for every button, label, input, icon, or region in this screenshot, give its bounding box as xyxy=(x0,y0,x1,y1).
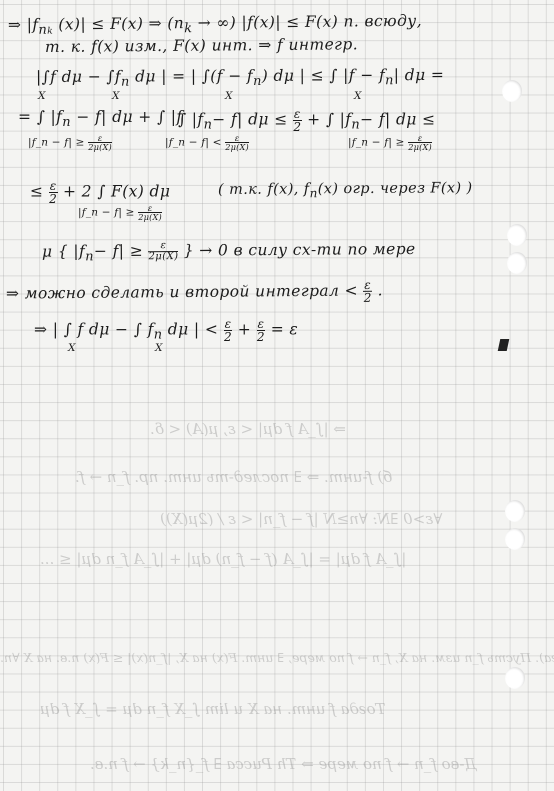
line-1-text-a: ⇒ |f xyxy=(8,16,39,34)
integral-domain-x: X xyxy=(354,90,362,102)
fraction-eps-over-2: ε2 xyxy=(49,180,58,205)
bleed-through-line: Д-во f_n → f по мере ⇒ Th Рисса ∃ f_{n_k… xyxy=(90,755,477,773)
line-8-plus: + xyxy=(238,321,251,339)
note-line-4-mid: = ∫ |f ∫ |fn− f| dμ ≤ ε2 + ∫ |fn− f| dμ … xyxy=(178,108,435,133)
line-7-period: . xyxy=(377,281,382,299)
subscript: n xyxy=(62,115,71,130)
notebook-page: ⇒ |∫_A f dμ| < ε, μ(A) < δ. б) f-инт. ⇒ … xyxy=(0,0,554,791)
note-line-6: μ { |fn− f| ≥ ε2μ(X) } → 0 в силу сх-ти … xyxy=(42,239,416,264)
subscript: n xyxy=(385,73,394,88)
punch-hole xyxy=(505,500,525,522)
integral-domain-x: X xyxy=(112,90,120,102)
line-8-text-b: dμ | < xyxy=(168,321,218,339)
denominator: 2 xyxy=(257,331,266,343)
fraction-eps-over-2: ε2 xyxy=(363,279,372,304)
subscript: n xyxy=(253,74,262,89)
denominator: 2 xyxy=(49,193,58,205)
line-4-text-a: = ∫ |f xyxy=(18,108,62,126)
line-8-text-a: ⇒ | ∫ f dμ − ∫ f xyxy=(34,321,154,339)
line-6-text-a: μ { |f xyxy=(42,242,85,260)
line-3-text-a: |∫f dμ − ∫f xyxy=(36,68,121,86)
line-4-text-b: − f| dμ + ∫ |f xyxy=(76,108,182,126)
fraction: ε2μ(X) xyxy=(225,134,249,151)
fraction: ε2μ(X) xyxy=(88,134,112,151)
bleed-through-line: б) f-инт. ⇒ ∃ послед-ть инт. пр. f_n → f… xyxy=(75,468,392,486)
line-4-text-c: − f| dμ ≤ xyxy=(212,111,287,129)
bleed-through-line: ∀ε>0 ∃N: ∀n≥N |f − f_n| < ε / (2μ(X)) xyxy=(160,510,442,528)
denominator: 2μ(X) xyxy=(408,143,432,151)
note-line-5: ≤ ε2 + 2 ∫ F(x) dμ xyxy=(30,180,170,205)
line-5-text-b: + 2 ∫ F(x) dμ xyxy=(63,183,170,201)
bleed-through-line: Тогда f инт. на X и lim ∫_X f_n dμ = ∫_X… xyxy=(40,700,386,718)
subscript: k xyxy=(184,21,192,36)
qed-mark-icon xyxy=(498,339,510,351)
bleed-through-line: |∫_A f dμ| = |∫_A (f − f_n) dμ| + |∫_A f… xyxy=(40,550,406,568)
subscript: n xyxy=(154,328,163,343)
punch-hole xyxy=(502,80,522,102)
line-3-text-d: | dμ = xyxy=(394,66,445,84)
punch-hole xyxy=(505,528,525,550)
note-line-8: ⇒ | ∫ f dμ − ∫ fn dμ | < ε2 + ε2 = ε xyxy=(34,318,298,343)
integral-condition-mid: |f_n − f| < ε2μ(X) xyxy=(165,134,249,151)
subscript: n xyxy=(204,118,213,133)
note-line-3: |∫f dμ − ∫fn dμ | = | ∫(f − fn) dμ | ≤ ∫… xyxy=(36,66,444,90)
punch-hole xyxy=(507,252,527,274)
fraction: ε2μ(X) xyxy=(148,241,178,262)
integral-domain-x: X xyxy=(38,90,46,102)
line-1-text-c: → ∞) |f(x)| ≤ F(x) п. всюду, xyxy=(198,12,422,32)
line-7-text: ⇒ можно сделать и второй интеграл < xyxy=(6,282,358,303)
fraction-eps-over-2: ε2 xyxy=(293,108,302,133)
integral-domain-x: X xyxy=(225,90,233,102)
bleed-through-line: Th (Лебега). Пусть f_n изм. на X, f_n → … xyxy=(0,650,554,665)
line-4-text-e: − f| dμ ≤ xyxy=(360,111,435,129)
punch-hole xyxy=(507,224,527,246)
integral-domain-x: X xyxy=(155,342,163,354)
fraction: ε2μ(X) xyxy=(138,204,162,221)
denominator: 2μ(X) xyxy=(148,252,178,262)
condition-text: |f_n − f| ≥ xyxy=(78,207,135,219)
denominator: 2 xyxy=(293,121,302,133)
note-line-5-remark: ( т.к. f(x), fn(x) огр. через F(x) ) xyxy=(218,180,473,201)
remark-text-a: ( т.к. f(x), f xyxy=(218,181,310,198)
subscript: n xyxy=(38,23,47,38)
condition-text: |f_n − f| < xyxy=(165,137,222,149)
punch-hole xyxy=(505,667,525,689)
note-line-1: ⇒ |fnk (x)| ≤ F(x) ⇒ (nk → ∞) |f(x)| ≤ F… xyxy=(8,12,422,38)
denominator: 2μ(X) xyxy=(88,143,112,151)
remark-text-b: (x) огр. через F(x) ) xyxy=(318,180,473,197)
line-8-result: = ε xyxy=(271,321,298,339)
line-1-text-b: (x)| ≤ F(x) ⇒ (n xyxy=(58,14,184,33)
integral-condition-left: |f_n − f| ≥ ε2μ(X) xyxy=(28,134,112,151)
integral-condition-right: |f_n − f| ≥ ε2μ(X) xyxy=(348,134,432,151)
integral-domain-x: X xyxy=(68,342,76,354)
line-3-text-b: dμ | = | ∫(f − f xyxy=(135,67,253,86)
line-4-text-d: + ∫ |f xyxy=(307,111,351,129)
line-6-text-b: − f| ≥ xyxy=(94,242,143,260)
note-line-7: ⇒ можно сделать и второй интеграл < ε2 . xyxy=(6,279,383,307)
fraction-eps-over-2: ε2 xyxy=(224,318,233,343)
denominator: 2μ(X) xyxy=(138,213,162,221)
integral-condition-line-5: |f_n − f| ≥ ε2μ(X) xyxy=(78,204,162,221)
denominator: 2μ(X) xyxy=(225,143,249,151)
fraction: ε2μ(X) xyxy=(408,134,432,151)
subscript: n xyxy=(121,75,130,90)
subscript: n xyxy=(351,118,360,133)
note-line-4: = ∫ |fn − f| dμ + ∫ |f − f| dμ ≤ xyxy=(18,108,199,130)
condition-text: |f_n − f| ≥ xyxy=(28,137,85,149)
subscript: k xyxy=(47,27,53,37)
subscript: n xyxy=(85,249,94,264)
denominator: 2 xyxy=(363,292,372,304)
line-5-text-a: ≤ xyxy=(30,183,43,201)
denominator: 2 xyxy=(224,331,233,343)
note-line-2: т. к. f(x) изм., F(x) инт. ⇒ f интегр. xyxy=(45,35,358,56)
line-3-text-c: ) dμ | ≤ ∫ |f − f xyxy=(262,66,385,85)
fraction-eps-over-2: ε2 xyxy=(257,318,266,343)
line-6-text-c: } → 0 в силу сх-ти по мере xyxy=(184,240,416,260)
subscript: n xyxy=(310,186,318,200)
bleed-through-line: ⇒ |∫_A f dμ| < ε, μ(A) < δ. xyxy=(150,420,346,438)
condition-text: |f_n − f| ≥ xyxy=(348,137,405,149)
